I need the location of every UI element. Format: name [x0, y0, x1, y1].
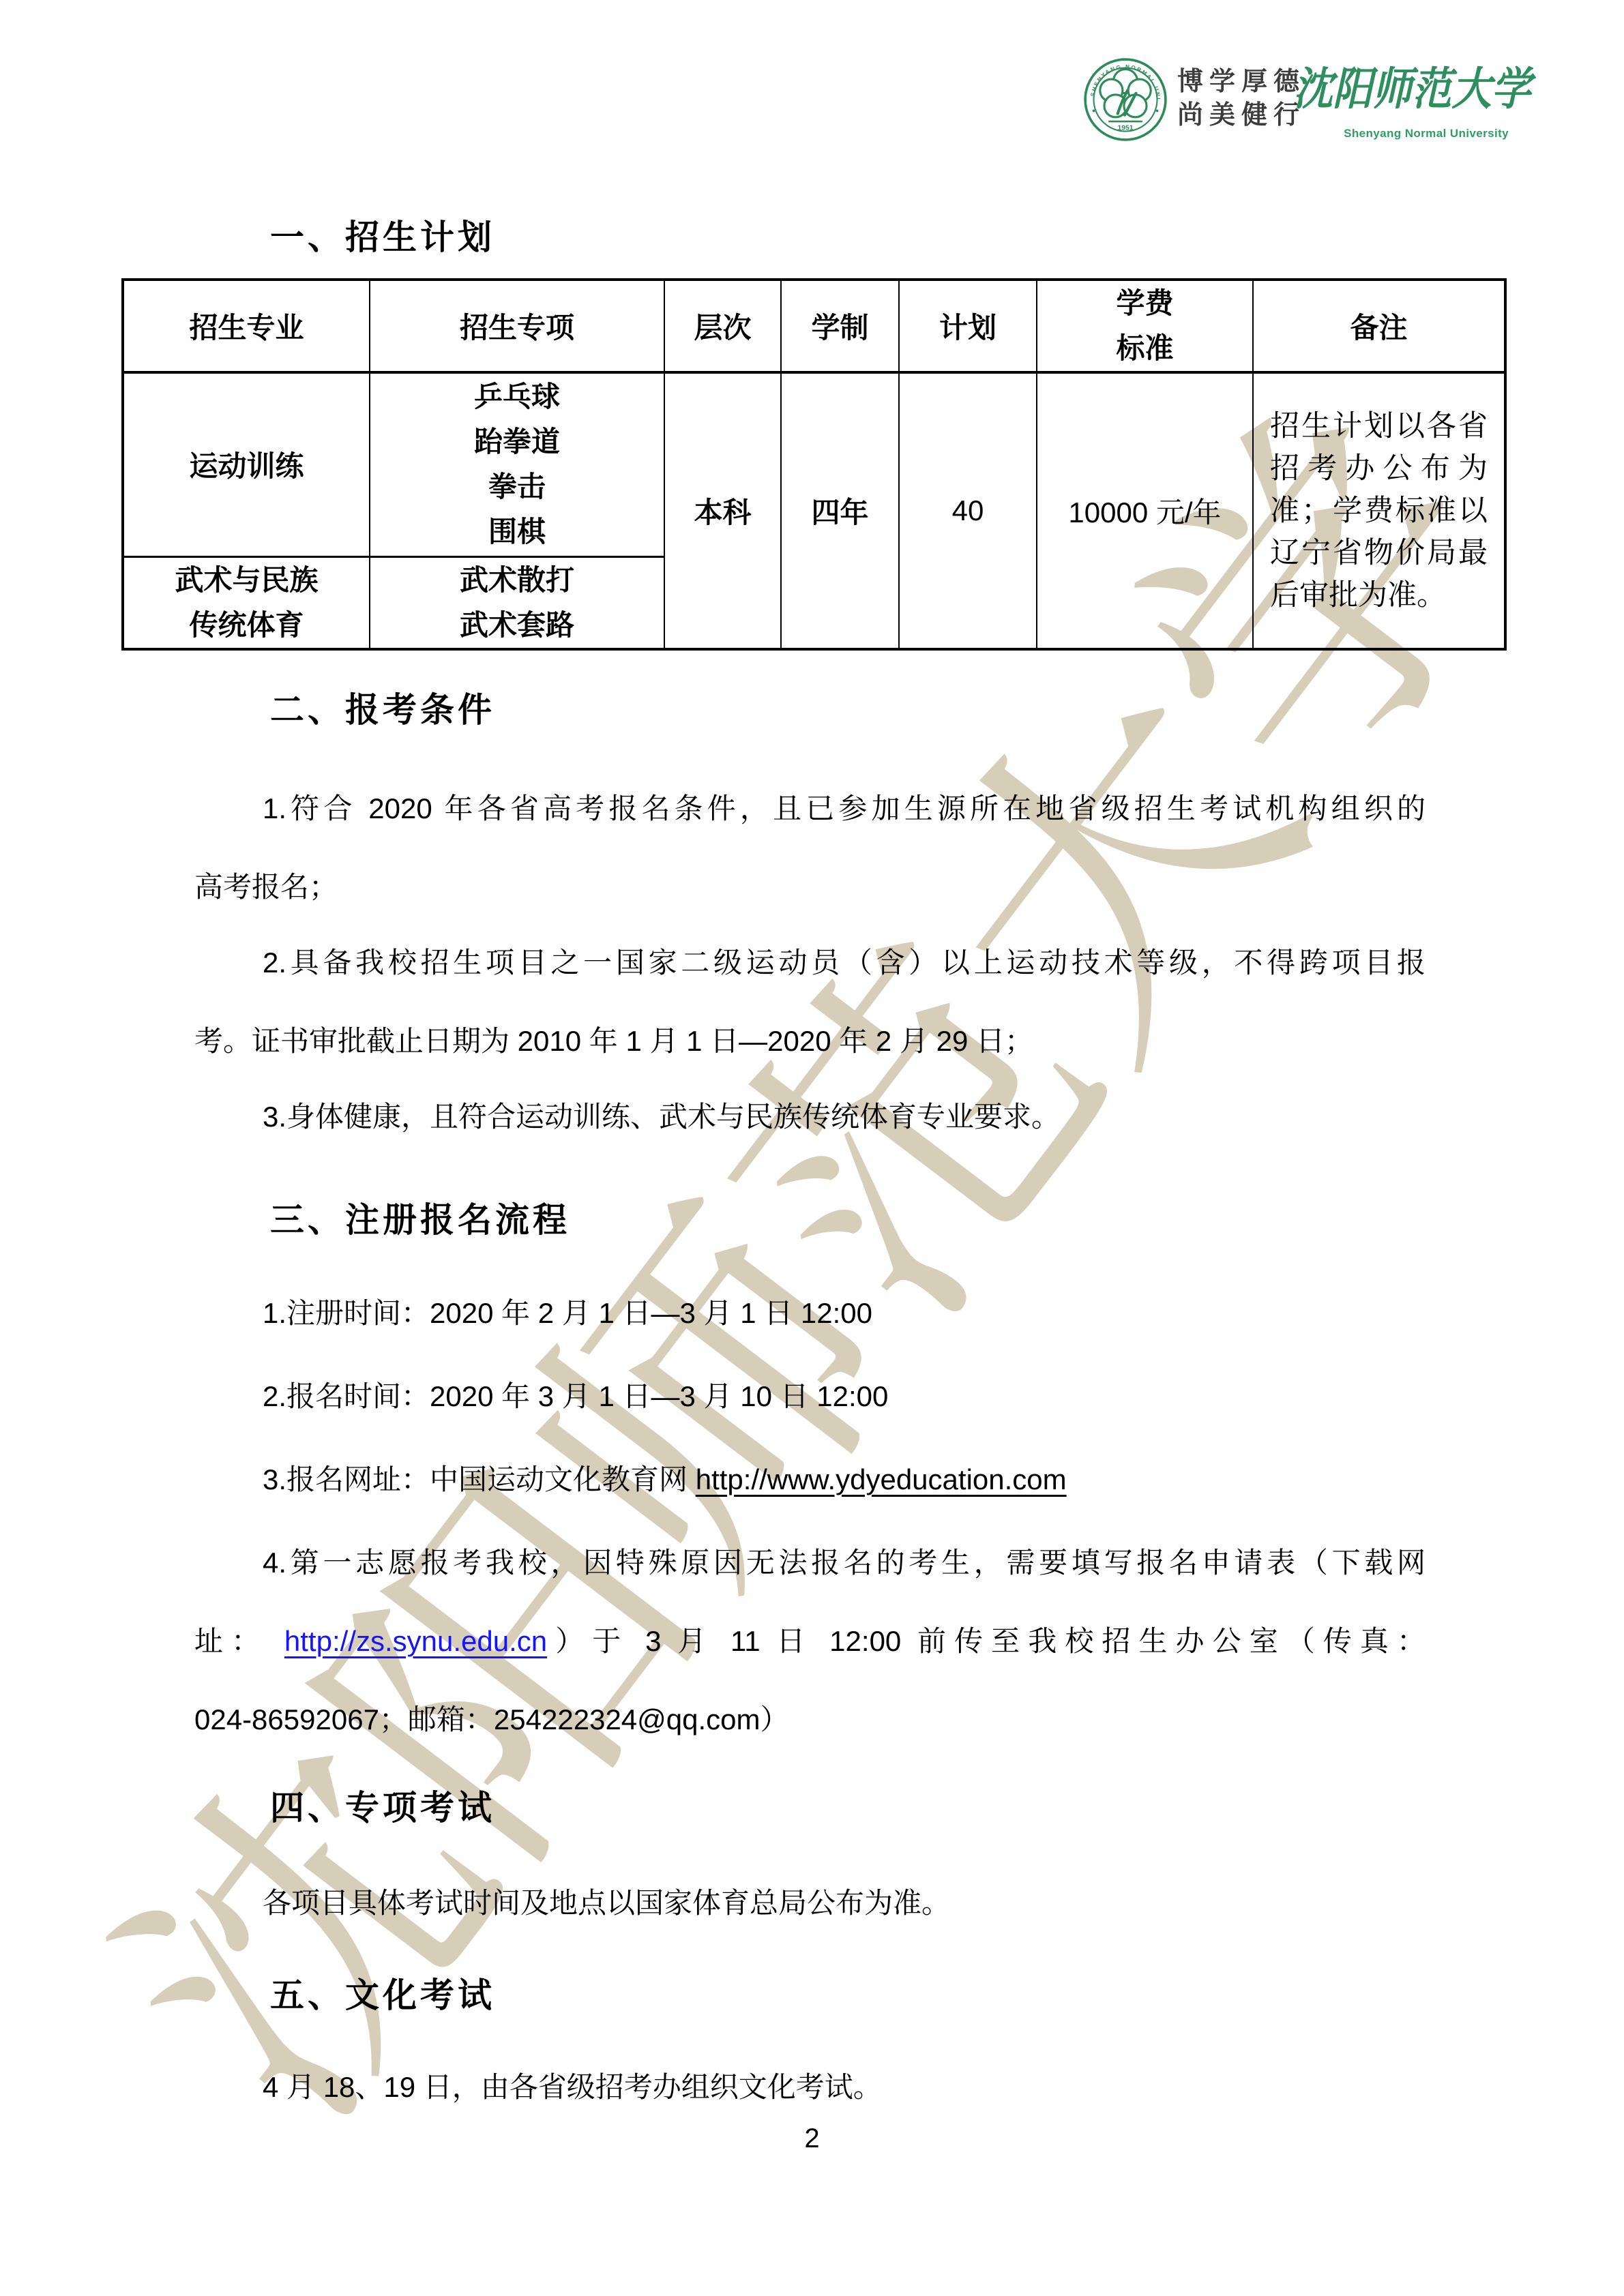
list-item: 2.报名时间：2020 年 3 月 1 日—3 月 10 日 12:00 [194, 1357, 1426, 1435]
emblem-year: 1951 [1118, 124, 1134, 132]
page-number: 2 [0, 2119, 1624, 2158]
major-line: 传统体育 [124, 603, 369, 648]
event-item: 武术套路 [370, 603, 664, 648]
col-header-major: 招生专业 [123, 280, 370, 372]
cell-note: 招生计划以各省招考办公布为准；学费标准以辽宁省物价局最后审批为准。 [1253, 372, 1505, 649]
admission-plan-table: 招生专业 招生专项 层次 学制 计划 学费 标准 备注 运动训练 乒乓球 跆拳道… [121, 278, 1507, 651]
synu-link[interactable]: http://zs.synu.edu.cn [284, 1625, 547, 1657]
list-item-continued: 址： http://zs.synu.edu.cn）于 3 月 11 日 12:0… [194, 1602, 1426, 1680]
major-line: 武术与民族 [124, 558, 369, 603]
school-name-en: Shenyang Normal University [1289, 127, 1509, 140]
event-item: 武术散打 [370, 558, 664, 603]
paragraph-line: 高考报名； [194, 848, 1426, 926]
section-title-2: 二、报考条件 [270, 689, 495, 731]
paragraph-line: 考。证书审批截止日期为 2010 年 1 月 1 日—2020 年 2 月 29… [194, 1002, 1426, 1080]
list-item: 4.第一志愿报考我校，因特殊原因无法报名的考生，需要填写报名申请表（下载网 [194, 1523, 1426, 1602]
event-item: 围棋 [370, 509, 664, 554]
table-header-row: 招生专业 招生专项 层次 学制 计划 学费 标准 备注 [123, 280, 1505, 372]
school-name-cn: 沈阳师范大学 [1293, 57, 1531, 123]
section-title-5: 五、文化考试 [270, 1974, 495, 2016]
cell-level: 本科 [664, 372, 781, 649]
cell-events-1: 乒乓球 跆拳道 拳击 围棋 [370, 372, 664, 556]
cell-major-2: 武术与民族 传统体育 [123, 556, 370, 649]
item4-text: 址： [194, 1625, 284, 1657]
table-row: 运动训练 乒乓球 跆拳道 拳击 围棋 本科 四年 40 10000 元/年 招生… [123, 372, 1505, 556]
col-header-event: 招生专项 [370, 280, 664, 372]
col-header-tuition-line1: 学费 [1037, 281, 1252, 326]
university-emblem-icon: SHENYANG NORMAL UNIVERSITY 1951 [1083, 57, 1168, 142]
ydyeducation-link[interactable]: http://www.ydyeducation.com [696, 1463, 1067, 1495]
cell-major-1: 运动训练 [123, 372, 370, 556]
cell-plan: 40 [899, 372, 1037, 649]
emblem-blossom-icon [1100, 70, 1151, 117]
col-header-duration: 学制 [781, 280, 899, 372]
paragraph-line: 1.符合 2020 年各省高考报名条件，且已参加生源所在地省级招生考试机构组织的 [194, 769, 1426, 848]
cell-events-2: 武术散打 武术套路 [370, 556, 664, 649]
list-item: 3.报名网址：中国运动文化教育网 http://www.ydyeducation… [194, 1440, 1426, 1519]
col-header-tuition-line2: 标准 [1037, 326, 1252, 371]
event-item: 跆拳道 [370, 419, 664, 464]
section-title-4: 四、专项考试 [270, 1787, 495, 1829]
event-item: 乒乓球 [370, 374, 664, 419]
item4-text: ）于 3 月 11 日 12:00 前传至我校招生办公室（传真： [547, 1625, 1426, 1657]
motto-line-2: 尚美健行 [1177, 99, 1305, 132]
paragraph-line: 4 月 18、19 日，由各省级招考办组织文化考试。 [194, 2048, 1426, 2126]
document-page: 沈阳师范大学 SHENYANG NORMAL UNIVERSITY 1951 博… [0, 0, 1624, 2296]
cell-tuition: 10000 元/年 [1037, 372, 1253, 649]
item3-text: 3.报名网址：中国运动文化教育网 [263, 1463, 696, 1495]
list-item: 1.注册时间：2020 年 2 月 1 日—3 月 1 日 12:00 [194, 1274, 1426, 1352]
motto-line-1: 博学厚德 [1177, 65, 1305, 99]
paragraph-line: 3.身体健康，且符合运动训练、武术与民族传统体育专业要求。 [194, 1077, 1426, 1156]
paragraph-line: 2.具备我校招生项目之一国家二级运动员（含）以上运动技术等级，不得跨项目报 [194, 923, 1426, 1002]
col-header-plan: 计划 [899, 280, 1037, 372]
event-item: 拳击 [370, 464, 664, 509]
section-title-1: 一、招生计划 [270, 216, 495, 258]
col-header-level: 层次 [664, 280, 781, 372]
col-header-note: 备注 [1253, 280, 1505, 372]
paragraph-line: 各项目具体考试时间及地点以国家体育总局公布为准。 [194, 1864, 1426, 1942]
cell-duration: 四年 [781, 372, 899, 649]
section-title-3: 三、注册报名流程 [270, 1199, 570, 1241]
col-header-tuition: 学费 标准 [1037, 280, 1253, 372]
list-item-continued: 024-86592067；邮箱：254222324@qq.com） [194, 1680, 1426, 1759]
